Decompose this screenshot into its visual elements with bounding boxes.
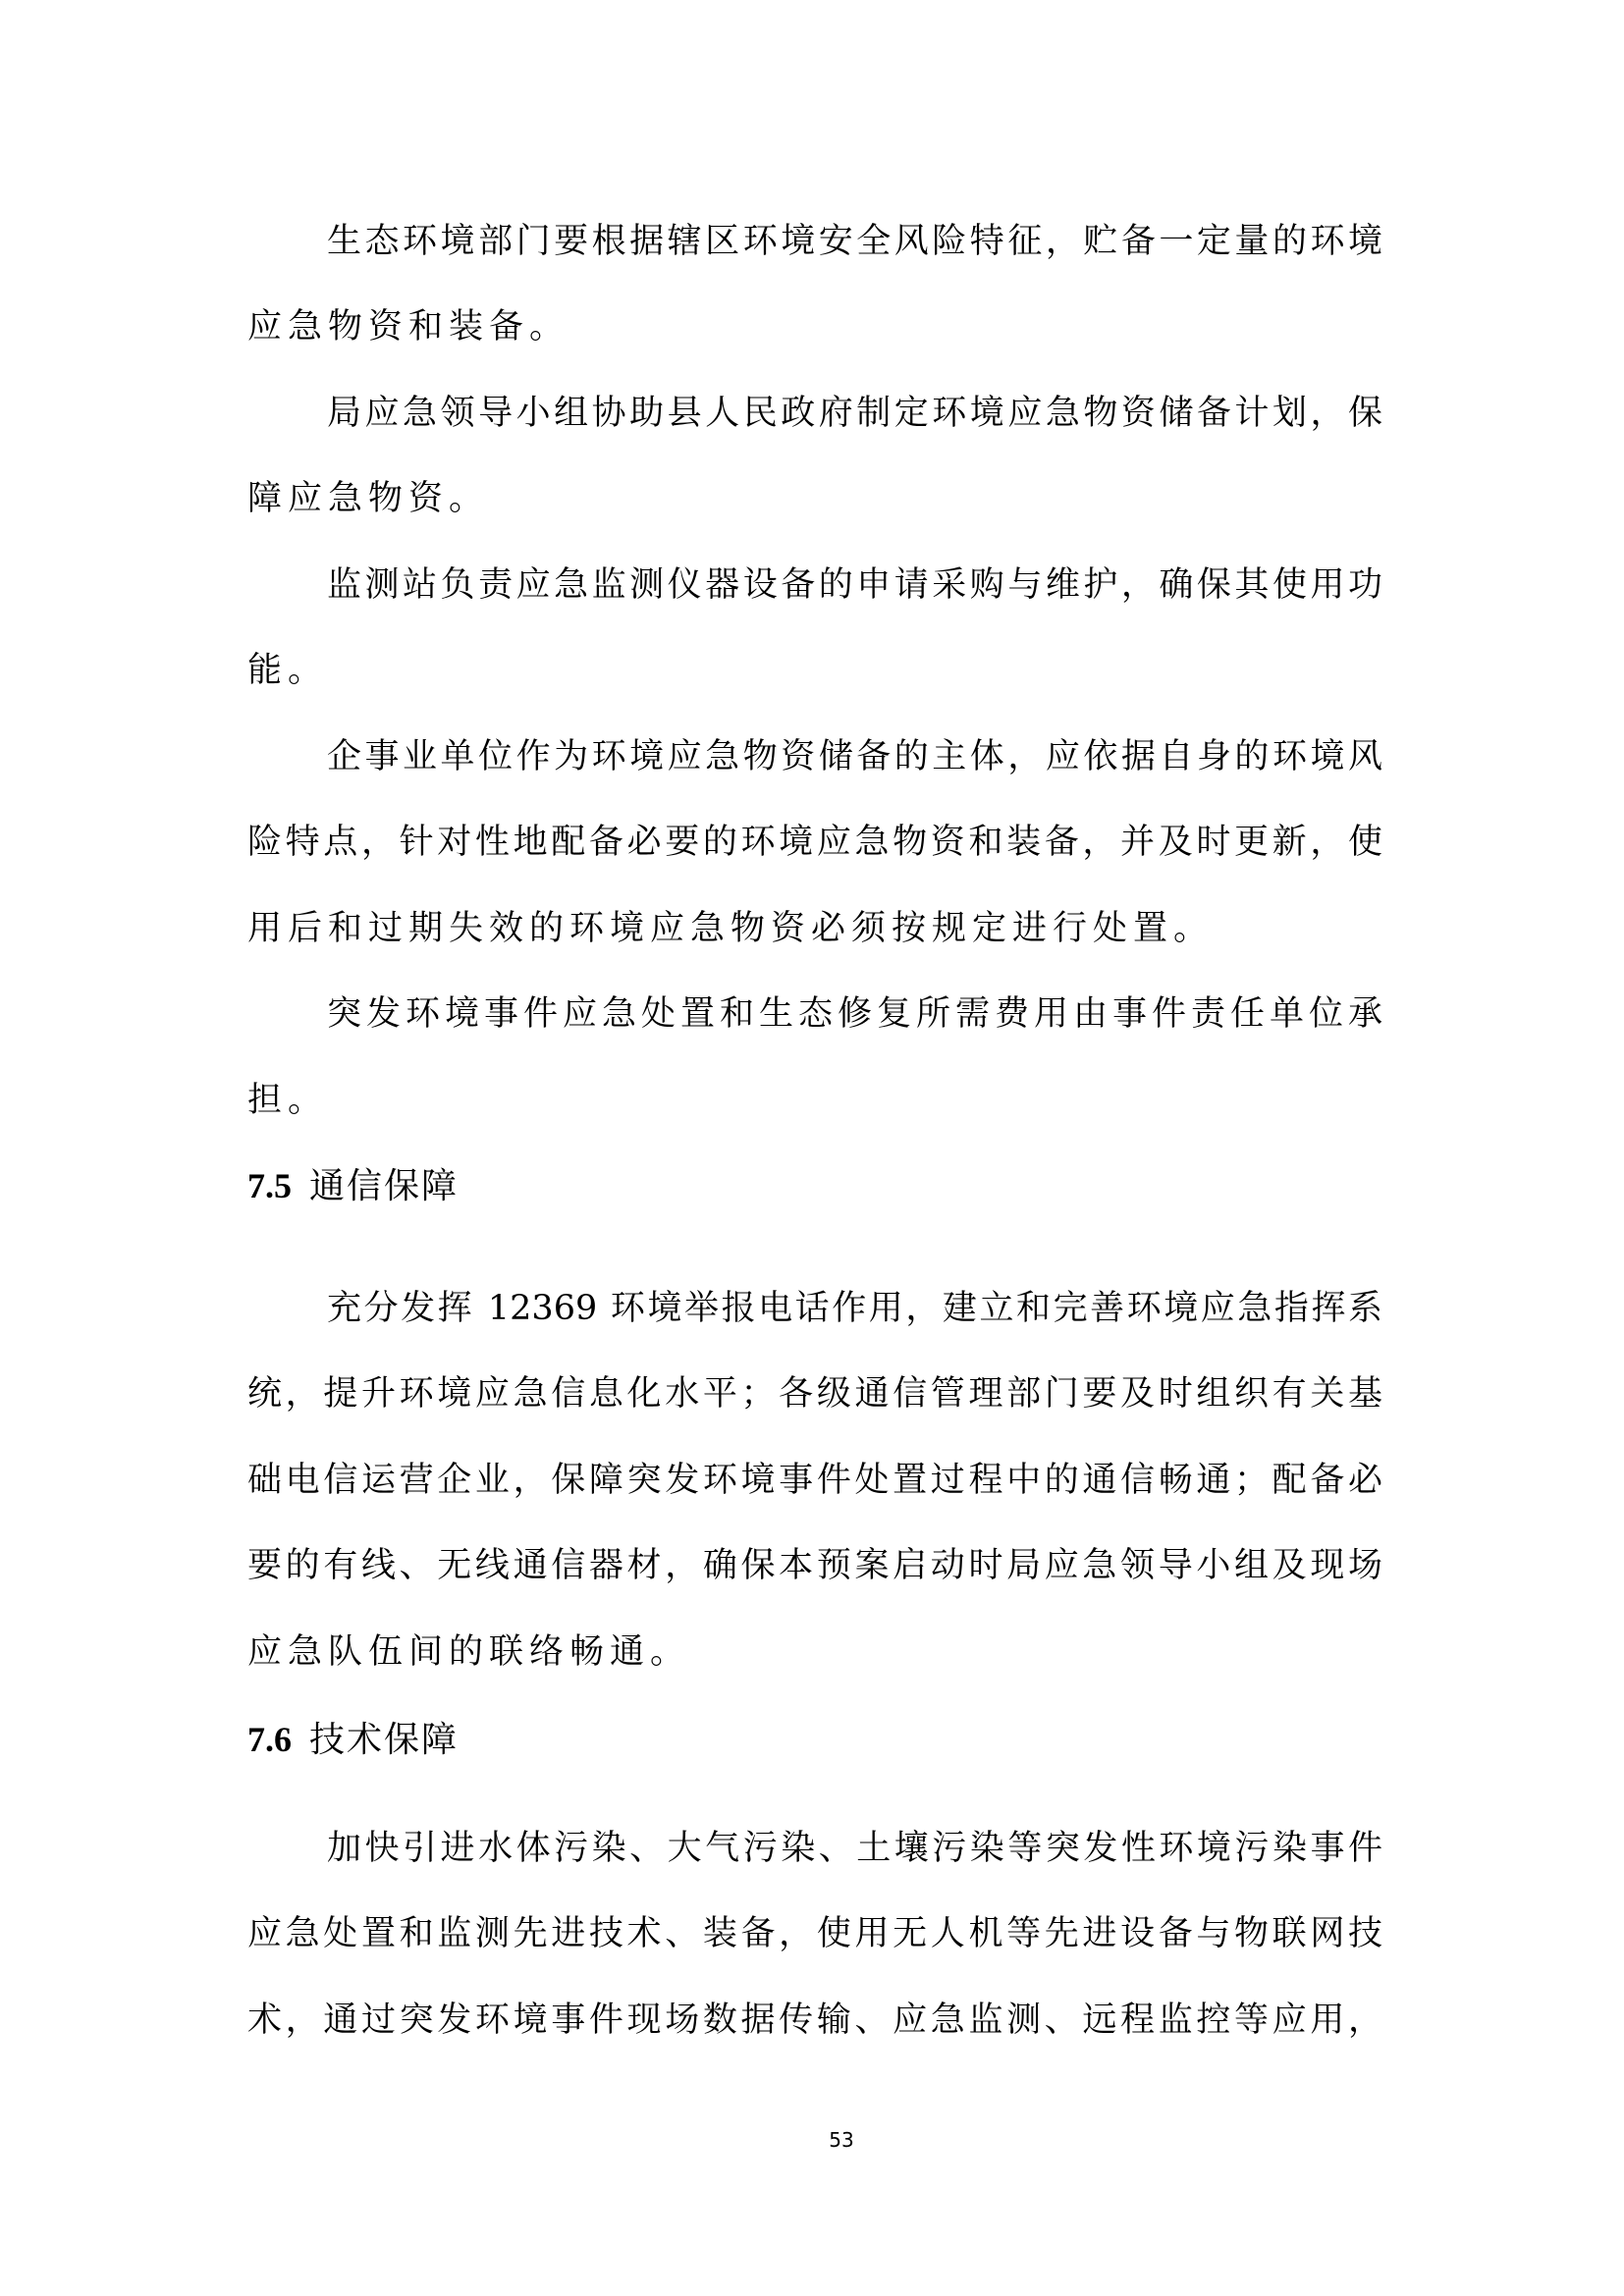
paragraph-line: 应急队伍间的联络畅通。	[247, 1623, 1382, 1682]
paragraph-line: 术，通过突发环境事件现场数据传输、应急监测、远程监控等应用，	[247, 1991, 1382, 2050]
paragraph-line: 障应急物资。	[247, 469, 1382, 528]
document-page: 生态环境部门要根据辖区环境安全风险特征，贮备一定量的环境 应急物资和装备。 局应…	[0, 0, 1624, 2296]
paragraph-line: 充分发挥 12369 环境举报电话作用，建立和完善环境应急指挥系	[327, 1279, 1382, 1338]
page-number: 53	[0, 2128, 1624, 2152]
paragraph-line: 生态环境部门要根据辖区环境安全风险特征，贮备一定量的环境	[327, 212, 1382, 271]
section-title: 通信保障	[309, 1166, 459, 1206]
paragraph-line: 要的有线、无线通信器材，确保本预案启动时局应急领导小组及现场	[247, 1536, 1382, 1595]
paragraph-line: 加快引进水体污染、大气污染、土壤污染等突发性环境污染事件	[327, 1819, 1382, 1878]
section-number: 7.6	[247, 1710, 292, 1769]
paragraph-line: 监测站负责应急监测仪器设备的申请采购与维护，确保其使用功	[327, 556, 1382, 614]
section-heading-7-5: 7.5通信保障	[247, 1156, 459, 1215]
paragraph-line: 能。	[247, 641, 1382, 700]
section-heading-7-6: 7.6技术保障	[247, 1710, 459, 1769]
paragraph-line: 应急物资和装备。	[247, 297, 1382, 356]
paragraph-line: 险特点，针对性地配备必要的环境应急物资和装备，并及时更新，使	[247, 813, 1382, 872]
paragraph-line: 担。	[247, 1071, 1382, 1130]
paragraph-line: 用后和过期失效的环境应急物资必须按规定进行处置。	[247, 899, 1382, 958]
paragraph-line: 企事业单位作为环境应急物资储备的主体，应依据自身的环境风	[327, 727, 1382, 786]
section-number: 7.5	[247, 1156, 292, 1215]
section-title: 技术保障	[309, 1720, 459, 1760]
paragraph-line: 础电信运营企业，保障突发环境事件处置过程中的通信畅通；配备必	[247, 1451, 1382, 1510]
paragraph-line: 局应急领导小组协助县人民政府制定环境应急物资储备计划，保	[327, 384, 1382, 443]
paragraph-line: 统，提升环境应急信息化水平；各级通信管理部门要及时组织有关基	[247, 1364, 1382, 1423]
paragraph-line: 应急处置和监测先进技术、装备，使用无人机等先进设备与物联网技	[247, 1904, 1382, 1963]
paragraph-line: 突发环境事件应急处置和生态修复所需费用由事件责任单位承	[327, 985, 1382, 1043]
